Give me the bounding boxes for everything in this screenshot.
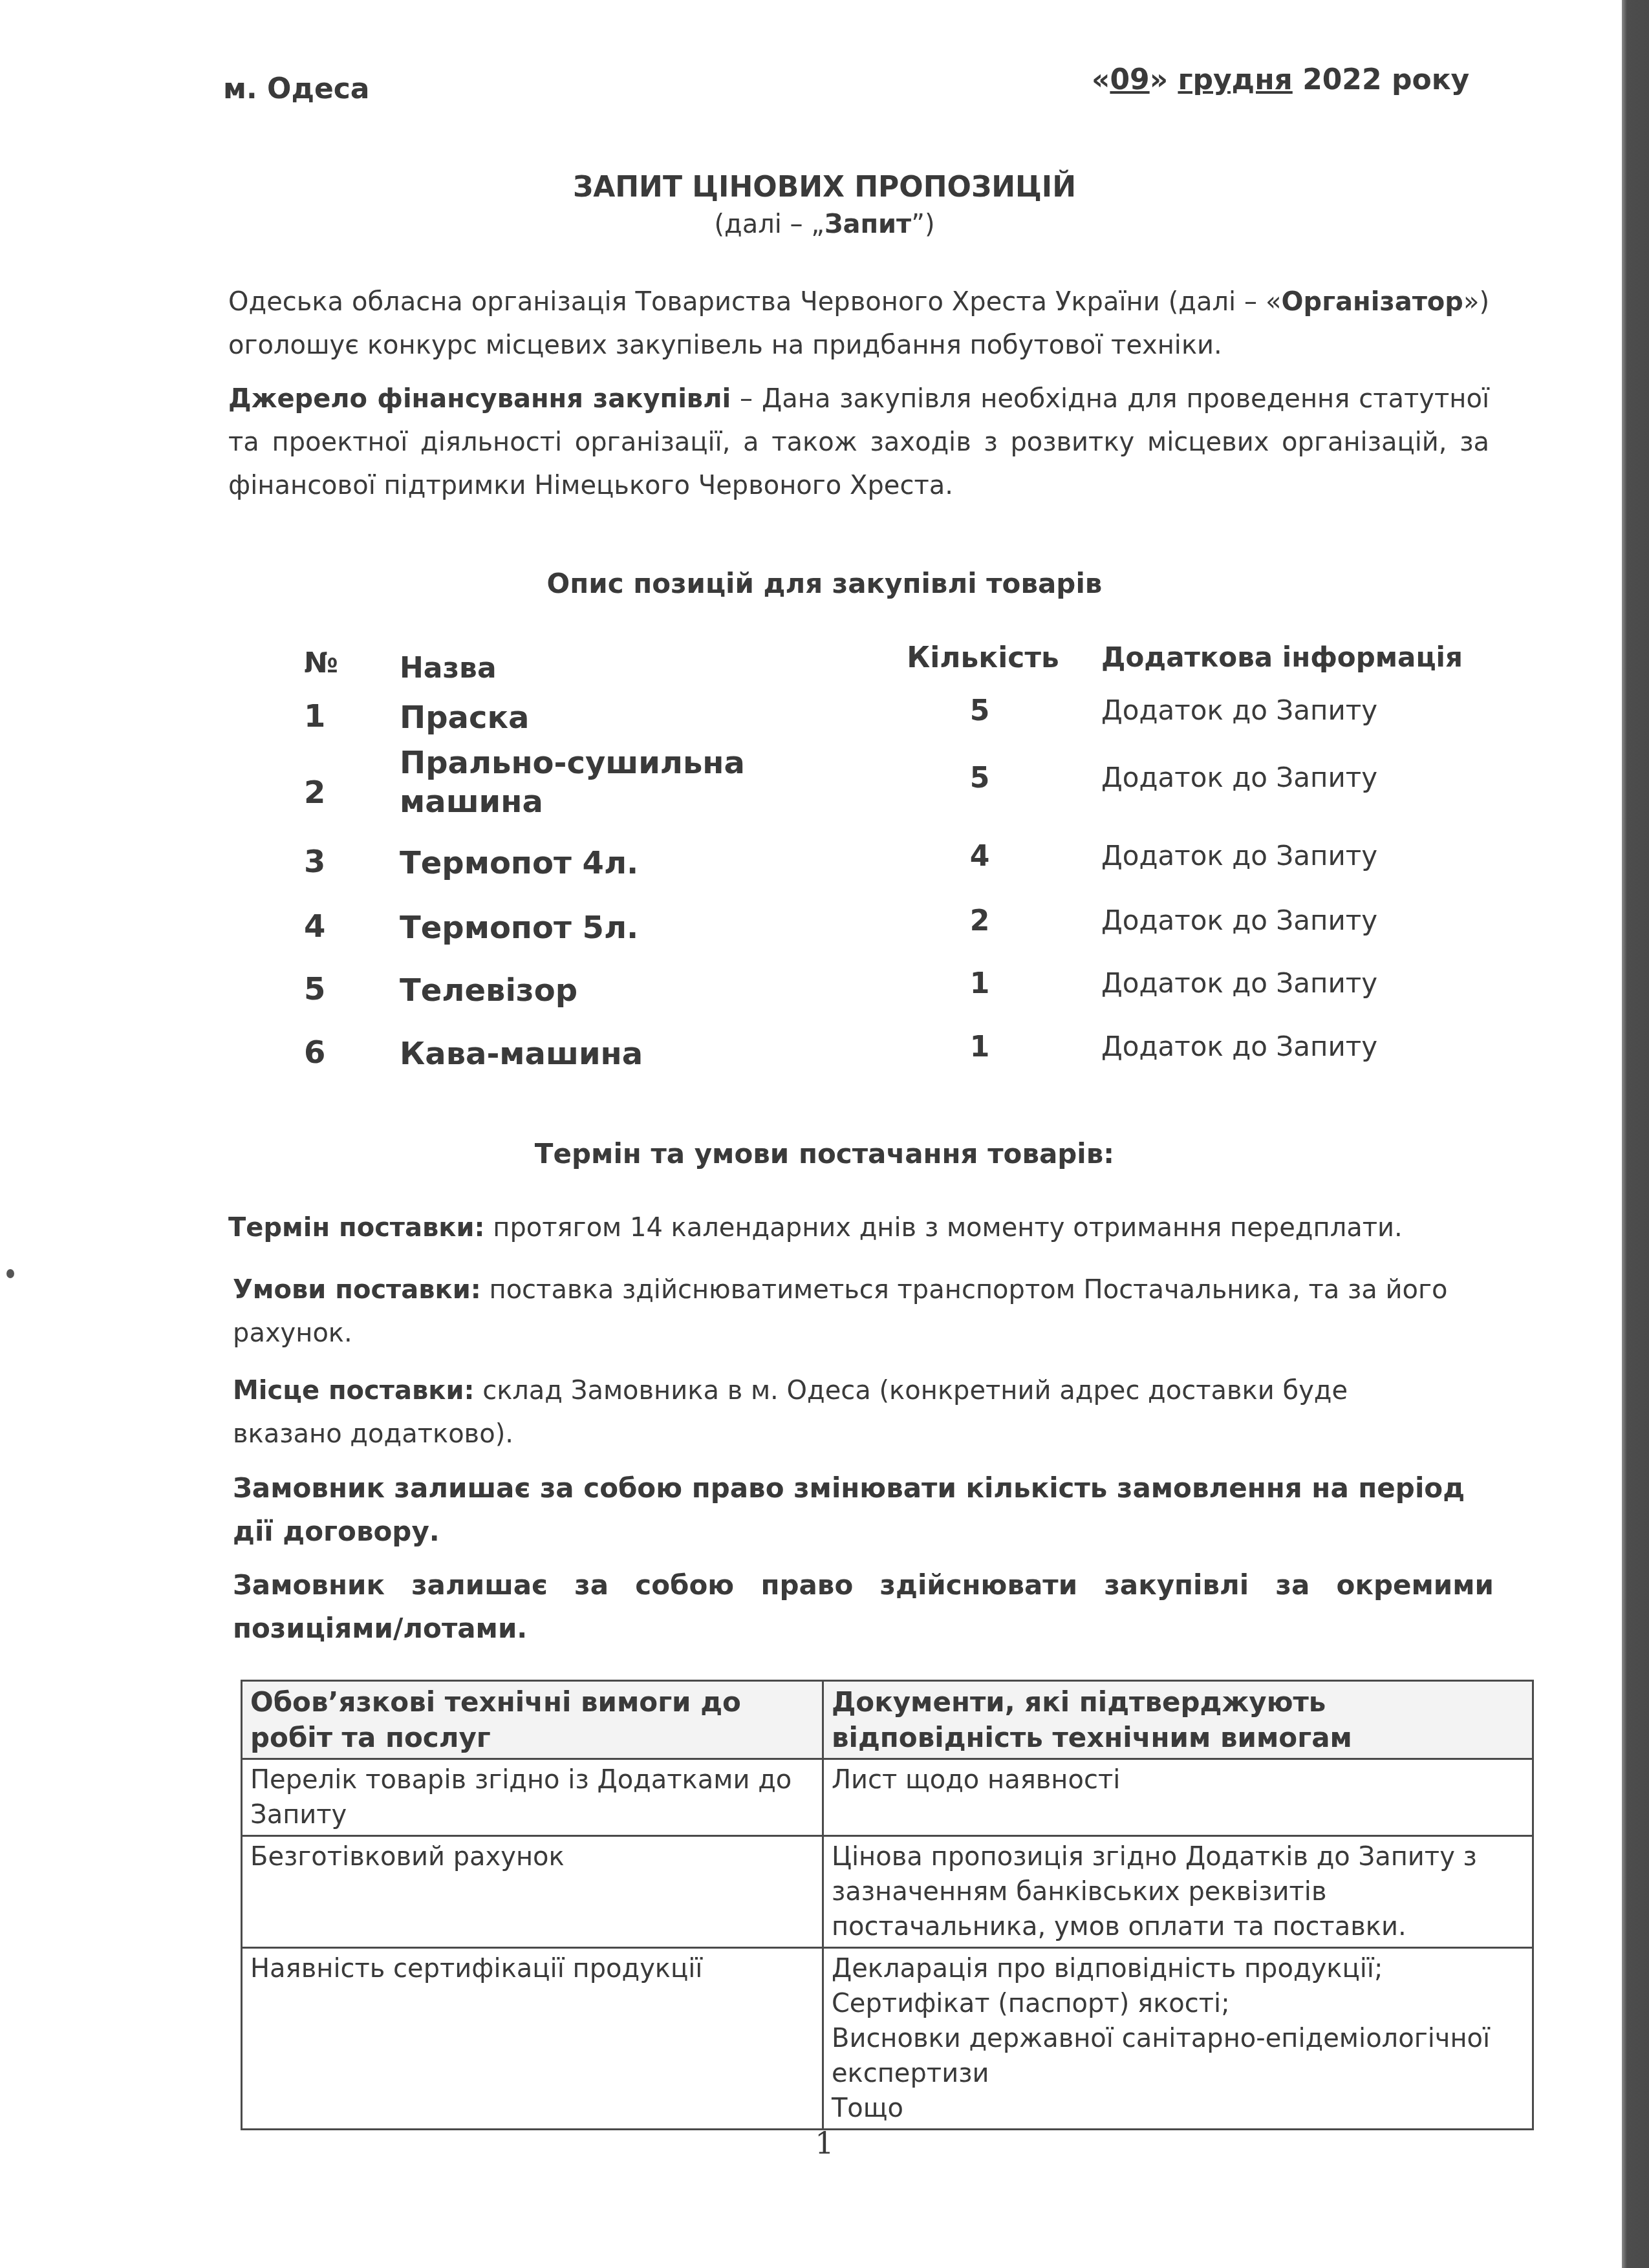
item-name: Телевізор bbox=[400, 971, 801, 1010]
funding-label: Джерело фінансування закупівлі bbox=[228, 384, 731, 414]
item-name: Праска bbox=[400, 698, 801, 737]
col-documents: Документи, які підтверджують відповідніс… bbox=[823, 1681, 1533, 1759]
delivery-conditions: Умови поставки: поставка здійснюватиметь… bbox=[233, 1268, 1461, 1355]
date-month: грудня bbox=[1178, 63, 1292, 96]
delivery-term-text: протягом 14 календарних днів з моменту о… bbox=[485, 1213, 1403, 1243]
funding-paragraph: Джерело фінансування закупівлі – Дана за… bbox=[228, 378, 1489, 508]
delivery-place: Місце поставки: склад Замовника в м. Оде… bbox=[233, 1369, 1461, 1456]
document-line: Декларація про відповідність продукції; bbox=[832, 1951, 1525, 1986]
item-info: Додаток до Запиту bbox=[1101, 967, 1377, 999]
subtitle-prefix: (далі – „ bbox=[714, 209, 824, 239]
documents-cell: Декларація про відповідність продукції;С… bbox=[823, 1948, 1533, 2130]
date-day: 09 bbox=[1110, 63, 1149, 96]
date-open-quote: « bbox=[1092, 63, 1110, 96]
documents-cell: Цінова пропозиція згідно Додатків до Зап… bbox=[823, 1836, 1533, 1948]
delivery-conditions-label: Умови поставки: bbox=[233, 1275, 481, 1305]
item-quantity: 1 bbox=[954, 1031, 1006, 1064]
scan-speck bbox=[6, 1269, 14, 1278]
items-heading: Опис позицій для закупівлі товарів bbox=[0, 568, 1649, 599]
item-quantity: 4 bbox=[954, 840, 1006, 873]
requirements-row: Перелік товарів згідно із Додатками до З… bbox=[242, 1759, 1533, 1836]
document-line: Сертифікат (паспорт) якості; bbox=[832, 1986, 1525, 2021]
requirement-cell: Перелік товарів згідно із Додатками до З… bbox=[242, 1759, 823, 1836]
col-quantity: Кількість bbox=[892, 641, 1073, 674]
item-info: Додаток до Запиту bbox=[1101, 694, 1377, 726]
scan-border bbox=[1622, 0, 1649, 2268]
item-quantity: 2 bbox=[954, 904, 1006, 937]
document-title: ЗАПИТ ЦІНОВИХ ПРОПОЗИЦІЙ bbox=[0, 171, 1649, 204]
item-number: 5 bbox=[304, 971, 325, 1007]
date-close-quote: » bbox=[1150, 63, 1168, 96]
reservation-lots: Замовник залишає за собою право здійснюв… bbox=[233, 1563, 1494, 1650]
subtitle-suffix: ”) bbox=[911, 209, 934, 239]
col-name: Назва bbox=[400, 649, 801, 688]
subtitle-bold: Запит bbox=[824, 209, 911, 239]
requirements-row: Наявність сертифікації продукціїДекларац… bbox=[242, 1948, 1533, 2130]
delivery-place-label: Місце поставки: bbox=[233, 1376, 474, 1406]
item-info: Додаток до Запиту bbox=[1101, 840, 1377, 872]
requirement-cell: Безготівковий рахунок bbox=[242, 1836, 823, 1948]
item-name: Термопот 5л. bbox=[400, 908, 801, 947]
document-line: Висновки державної санітарно-епідеміолог… bbox=[832, 2021, 1525, 2091]
requirements-table: Обов’язкові технічні вимоги до робіт та … bbox=[241, 1680, 1534, 2130]
item-number: 2 bbox=[304, 775, 325, 811]
reservation-quantity: Замовник залишає за собою право змінюват… bbox=[233, 1466, 1494, 1553]
document-line: Тощо bbox=[832, 2091, 1525, 2126]
item-number: 3 bbox=[304, 844, 325, 880]
intro-organizer: Організатор bbox=[1282, 287, 1463, 317]
documents-cell: Лист щодо наявності bbox=[823, 1759, 1533, 1836]
terms-heading: Термін та умови постачання товарів: bbox=[0, 1138, 1649, 1170]
delivery-term-label: Термін поставки: bbox=[228, 1213, 485, 1243]
page-number: 1 bbox=[0, 2126, 1649, 2161]
document-line: Цінова пропозиція згідно Додатків до Зап… bbox=[832, 1839, 1525, 1944]
col-requirements: Обов’язкові технічні вимоги до робіт та … bbox=[242, 1681, 823, 1759]
item-name: Термопот 4л. bbox=[400, 844, 801, 883]
requirements-header-row: Обов’язкові технічні вимоги до робіт та … bbox=[242, 1681, 1533, 1759]
requirements-row: Безготівковий рахунокЦінова пропозиція з… bbox=[242, 1836, 1533, 1948]
document-line: Лист щодо наявності bbox=[832, 1762, 1525, 1797]
item-quantity: 1 bbox=[954, 967, 1006, 1000]
requirement-cell: Наявність сертифікації продукції bbox=[242, 1948, 823, 2130]
city: м. Одеса bbox=[223, 72, 370, 105]
delivery-term: Термін поставки: протягом 14 календарних… bbox=[228, 1206, 1489, 1250]
intro-paragraph: Одеська обласна організація Товариства Ч… bbox=[228, 281, 1489, 367]
item-info: Додаток до Запиту bbox=[1101, 762, 1377, 793]
item-quantity: 5 bbox=[954, 762, 1006, 795]
item-info: Додаток до Запиту bbox=[1101, 1031, 1377, 1062]
document-subtitle: (далі – „Запит”) bbox=[0, 209, 1649, 239]
item-info: Додаток до Запиту bbox=[1101, 904, 1377, 936]
col-info: Додаткова інформація bbox=[1101, 641, 1463, 673]
col-number: № bbox=[304, 647, 338, 679]
document-date: «09» грудня 2022 року bbox=[1092, 63, 1469, 96]
item-name: Прально-сушильна машина bbox=[400, 744, 801, 821]
date-year: 2022 року bbox=[1302, 63, 1469, 96]
intro-text-before: Одеська обласна організація Товариства Ч… bbox=[228, 287, 1282, 317]
item-number: 6 bbox=[304, 1034, 325, 1071]
item-number: 4 bbox=[304, 908, 325, 945]
item-name: Кава-машина bbox=[400, 1034, 801, 1073]
item-number: 1 bbox=[304, 698, 325, 734]
item-quantity: 5 bbox=[954, 694, 1006, 727]
